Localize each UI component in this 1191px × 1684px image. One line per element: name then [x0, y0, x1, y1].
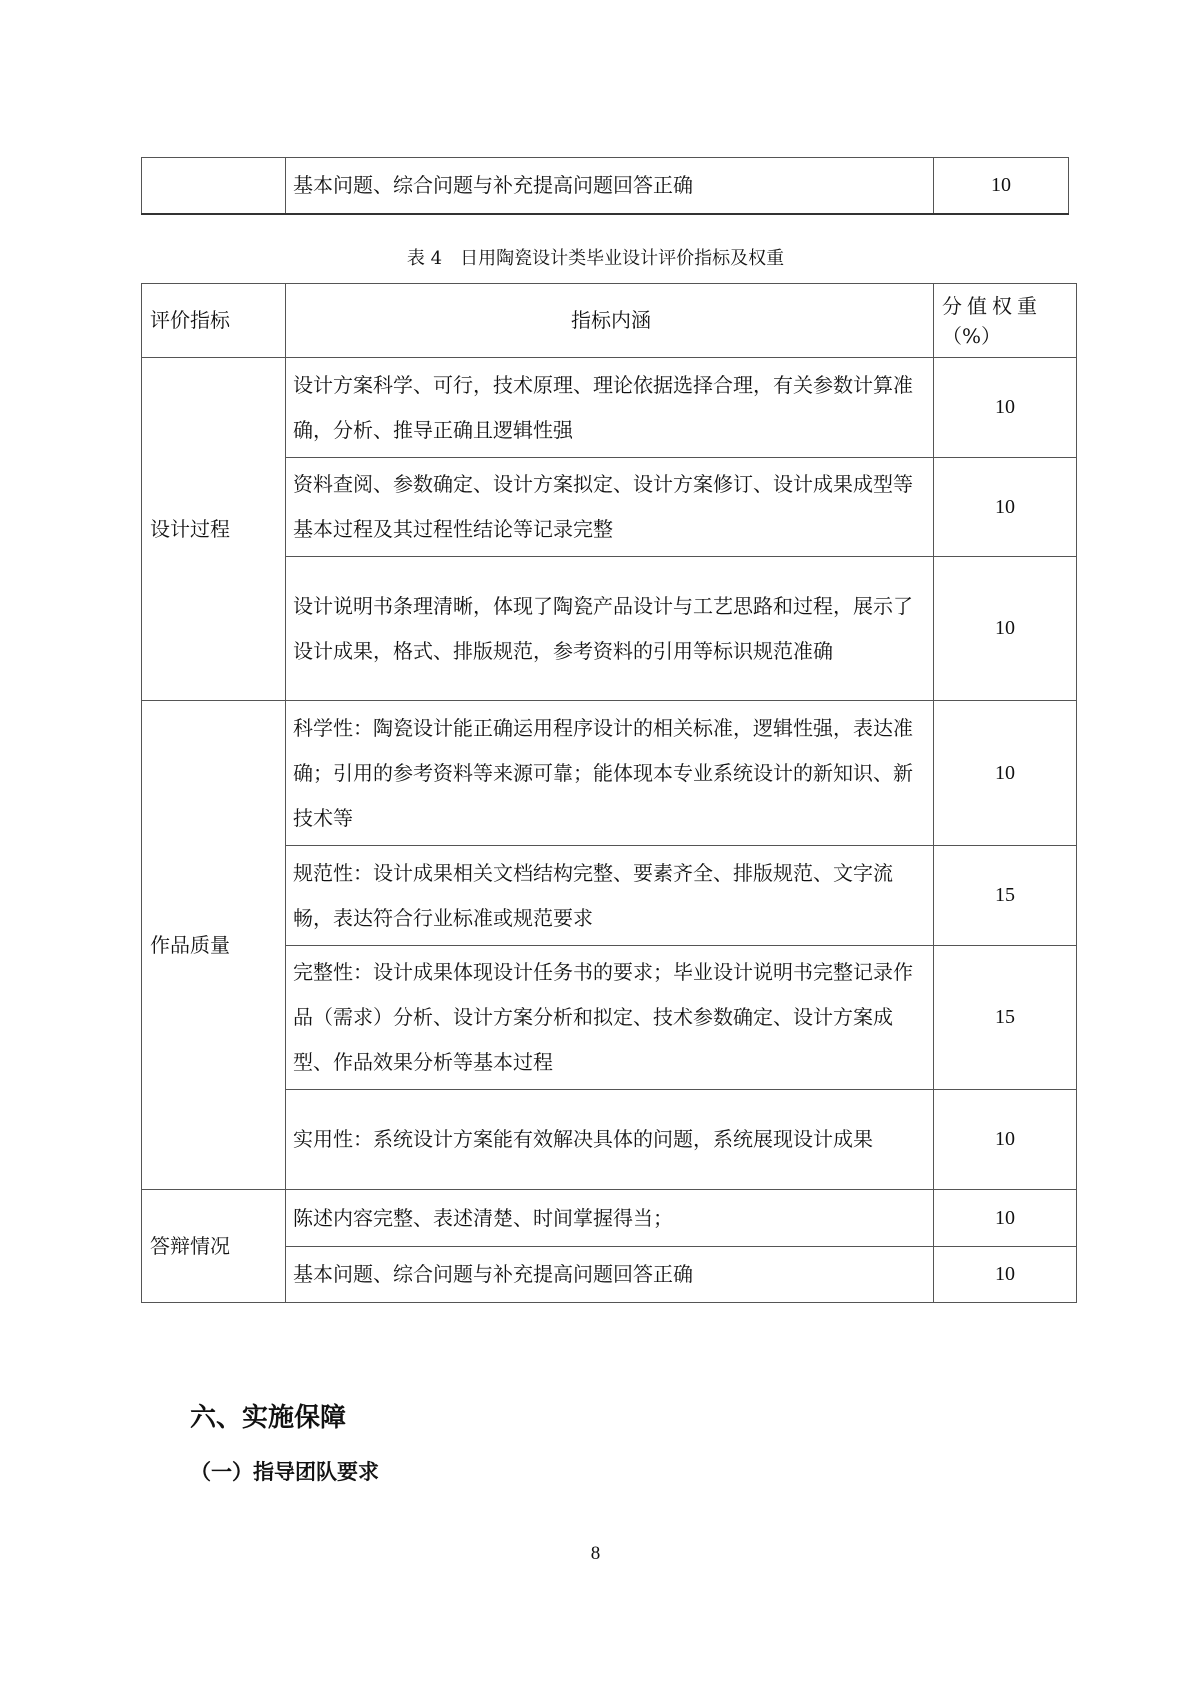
content-cell: 基本问题、综合问题与补充提高问题回答正确: [286, 158, 934, 214]
subsection-heading: （一）指导团队要求: [190, 1456, 379, 1486]
evaluation-table: 评价指标 指标内涵 分值权重（%） 设计过程 设计方案科学、可行，技术原理、理论…: [141, 283, 1077, 1303]
table-row: 作品质量 科学性：陶瓷设计能正确运用程序设计的相关标准，逻辑性强，表达准确；引用…: [142, 701, 1077, 846]
content-cell: 实用性：系统设计方案能有效解决具体的问题，系统展现设计成果: [286, 1090, 934, 1190]
indicator-cell: 作品质量: [142, 701, 286, 1190]
indicator-cell: 设计过程: [142, 358, 286, 701]
content-cell: 完整性：设计成果体现设计任务书的要求；毕业设计说明书完整记录作品（需求）分析、设…: [286, 946, 934, 1090]
indicator-cell-empty: [142, 158, 286, 214]
score-cell: 10: [934, 1247, 1077, 1303]
score-cell: 10: [934, 358, 1077, 458]
header-weight: 分值权重（%）: [934, 284, 1077, 358]
content-cell: 规范性：设计成果相关文档结构完整、要素齐全、排版规范、文字流畅，表达符合行业标准…: [286, 846, 934, 946]
header-weight-line1: 分值权重: [942, 291, 1076, 321]
page-number: 8: [0, 1543, 1191, 1565]
table-header-row: 评价指标 指标内涵 分值权重（%）: [142, 284, 1077, 358]
score-cell: 10: [934, 458, 1077, 557]
content-cell: 科学性：陶瓷设计能正确运用程序设计的相关标准，逻辑性强，表达准确；引用的参考资料…: [286, 701, 934, 846]
table-row: 基本问题、综合问题与补充提高问题回答正确 10: [142, 158, 1069, 214]
score-cell: 10: [934, 1090, 1077, 1190]
content-cell: 资料查阅、参数确定、设计方案拟定、设计方案修订、设计成果成型等基本过程及其过程性…: [286, 458, 934, 557]
content-cell: 基本问题、综合问题与补充提高问题回答正确: [286, 1247, 934, 1303]
score-cell: 10: [934, 701, 1077, 846]
indicator-cell: 答辩情况: [142, 1190, 286, 1303]
score-cell: 10: [934, 158, 1069, 214]
content-cell: 设计说明书条理清晰，体现了陶瓷产品设计与工艺思路和过程，展示了设计成果，格式、排…: [286, 557, 934, 701]
header-weight-line2: （%）: [942, 321, 1076, 351]
score-cell: 10: [934, 557, 1077, 701]
table-row: 设计过程 设计方案科学、可行，技术原理、理论依据选择合理，有关参数计算准确，分析…: [142, 358, 1077, 458]
score-cell: 15: [934, 846, 1077, 946]
score-cell: 10: [934, 1190, 1077, 1247]
score-cell: 15: [934, 946, 1077, 1090]
previous-table-tail: 基本问题、综合问题与补充提高问题回答正确 10: [141, 157, 1069, 215]
header-content: 指标内涵: [286, 284, 934, 358]
header-indicator: 评价指标: [142, 284, 286, 358]
content-cell: 陈述内容完整、表述清楚、时间掌握得当；: [286, 1190, 934, 1247]
table-caption: 表 4 日用陶瓷设计类毕业设计评价指标及权重: [0, 244, 1191, 270]
section-heading: 六、实施保障: [190, 1397, 346, 1434]
table-row: 答辩情况 陈述内容完整、表述清楚、时间掌握得当； 10: [142, 1190, 1077, 1247]
content-cell: 设计方案科学、可行，技术原理、理论依据选择合理，有关参数计算准确，分析、推导正确…: [286, 358, 934, 458]
